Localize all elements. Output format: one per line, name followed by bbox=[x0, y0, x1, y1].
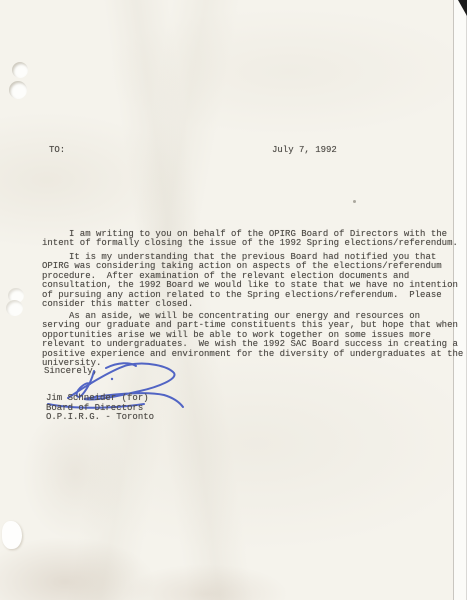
to-label: TO: bbox=[49, 146, 65, 155]
signer-location: O.P.I.R.G. - Toronto bbox=[46, 413, 154, 422]
punch-hole-mid-2 bbox=[6, 300, 23, 316]
scan-corner-mark bbox=[458, 0, 467, 16]
punch-hole-top-1 bbox=[12, 62, 28, 78]
punch-hole-top-2 bbox=[9, 81, 27, 99]
paragraph-1: I am writing to you on behalf of the OPI… bbox=[42, 230, 458, 249]
torn-paper-spot bbox=[2, 521, 22, 549]
scanned-letter-page: TO: July 7, 1992 I am writing to you on … bbox=[0, 0, 467, 600]
paragraph-2: It is my understanding that the previous… bbox=[42, 253, 458, 309]
letter-date: July 7, 1992 bbox=[272, 146, 337, 155]
signer-name: Jim Schneider (for) bbox=[46, 394, 149, 403]
scan-speck bbox=[353, 200, 356, 203]
